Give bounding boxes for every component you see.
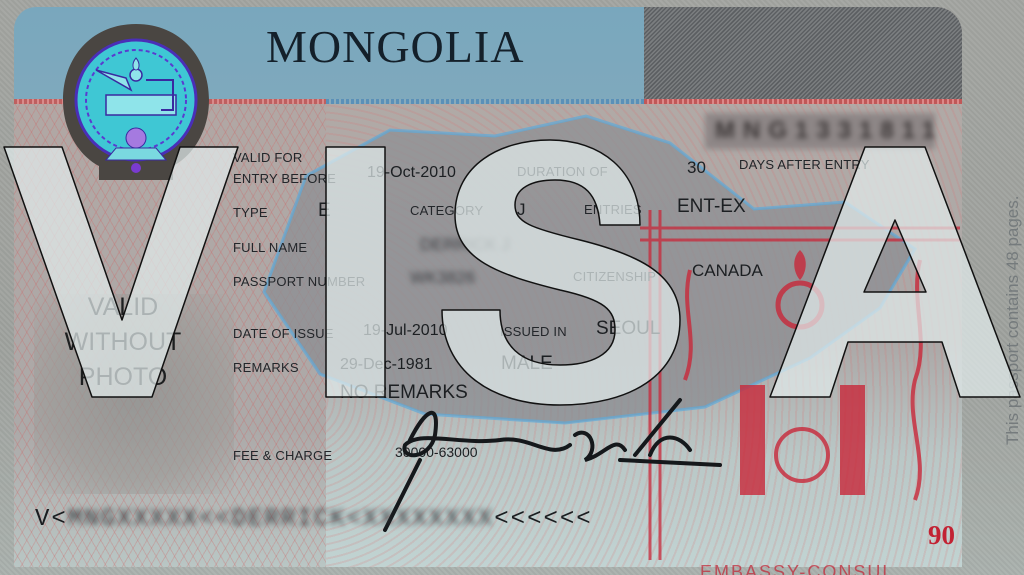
duration-label: DURATION OF xyxy=(517,164,608,179)
sex-value: MALE xyxy=(501,353,553,375)
issued-in-value: SEOUL xyxy=(596,318,660,340)
microprint-line xyxy=(326,99,644,104)
citizenship-label: CITIZENSHIP xyxy=(573,269,656,284)
type-value: E xyxy=(318,200,331,222)
valid-for-label: VALID FOR xyxy=(233,150,302,165)
photo-notice-line: PHOTO xyxy=(38,360,208,395)
valid-without-photo-notice: VALID WITHOUT PHOTO xyxy=(38,290,208,395)
entry-before-label: ENTRY BEFORE xyxy=(233,171,336,186)
mrz-prefix: V< xyxy=(35,506,68,533)
duration-suffix: DAYS AFTER ENTRY xyxy=(739,157,870,172)
stamp-number: 90 xyxy=(928,520,955,551)
machine-readable-zone: V<MNGXXXXX<<DERRICK<XXXXXXXX<<<<<< xyxy=(35,506,593,533)
duration-value: 30 xyxy=(687,158,706,178)
mrz-redacted: MNGXXXXX<<DERRICK<XXXXXXXX xyxy=(68,506,494,533)
entry-before-value: 19-Oct-2010 xyxy=(367,164,456,182)
microprint-line xyxy=(644,99,962,104)
category-label: CATEGORY xyxy=(410,203,483,218)
type-label: TYPE xyxy=(233,205,268,220)
category-value: J xyxy=(517,200,526,220)
header-guilloche-panel xyxy=(644,7,962,99)
birth-date-value: 29-Dec-1981 xyxy=(340,356,433,374)
passport-number-value-redacted: WK3826 xyxy=(410,268,475,288)
passport-number-label: PASSPORT NUMBER xyxy=(233,274,365,289)
fee-value: 30000-63000 xyxy=(395,444,478,460)
issued-in-label: ISSUED IN xyxy=(500,324,567,339)
remarks-label: REMARKS xyxy=(233,360,299,375)
date-of-issue-label: DATE OF ISSUE xyxy=(233,326,334,341)
photo-notice-line: VALID xyxy=(38,290,208,325)
mongolia-coat-of-arms xyxy=(61,20,211,182)
citizenship-value: CANADA xyxy=(692,261,763,281)
country-title: MONGOLIA xyxy=(266,20,524,73)
remarks-value: NO REMARKS xyxy=(340,382,468,404)
entries-value: ENT-EX xyxy=(677,196,746,218)
full-name-value-redacted: DERRICK J xyxy=(420,235,510,255)
full-name-label: FULL NAME xyxy=(233,240,307,255)
fee-label: FEE & CHARGE xyxy=(233,448,332,463)
stamp-bottom-text: EMBASSY-CONSUL xyxy=(700,562,894,575)
photo-notice-line: WITHOUT xyxy=(38,325,208,360)
date-of-issue-value: 19-Jul-2010 xyxy=(363,322,448,340)
mrz-suffix: <<<<<< xyxy=(494,506,592,533)
visa-number-redacted: MNG1331811 xyxy=(705,113,935,149)
passport-page-notice: This passport contains 48 pages. xyxy=(1003,196,1023,445)
entries-label: ENTRIES xyxy=(584,202,642,217)
